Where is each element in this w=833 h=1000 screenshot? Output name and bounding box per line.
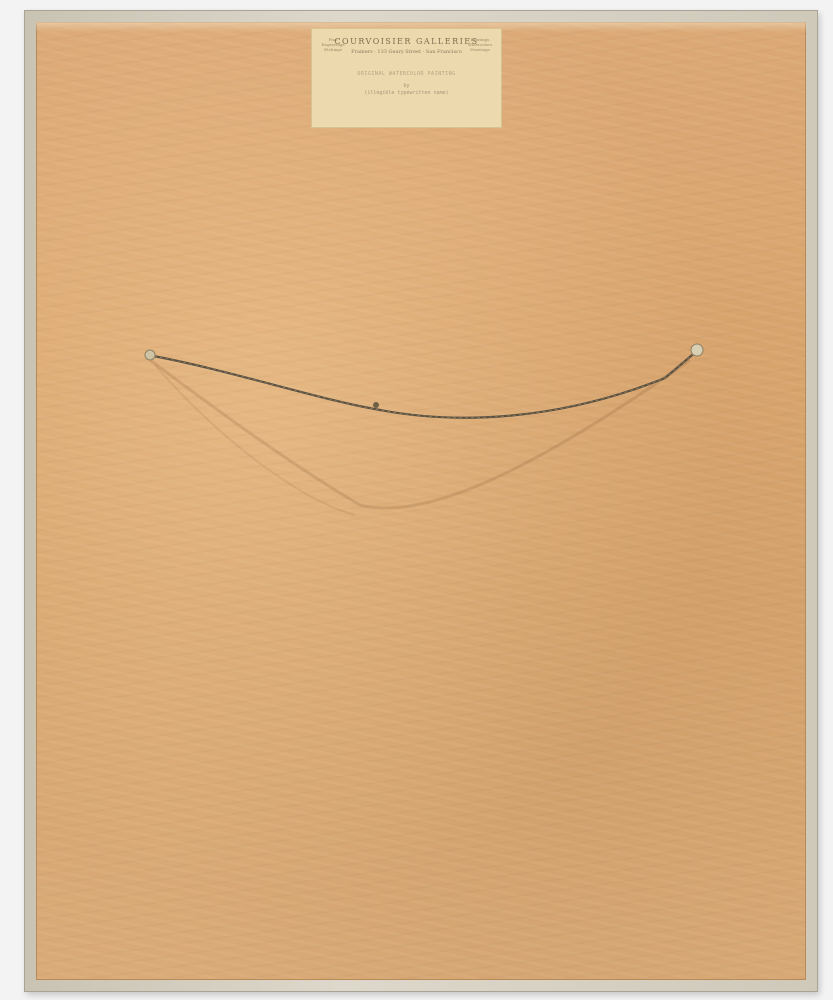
wire-shadow [150, 360, 690, 508]
right-anchor-icon [691, 344, 703, 356]
left-anchor-icon [145, 350, 155, 360]
hanging-wire [0, 0, 833, 1000]
wire [148, 350, 698, 418]
wire-knot [373, 402, 379, 408]
